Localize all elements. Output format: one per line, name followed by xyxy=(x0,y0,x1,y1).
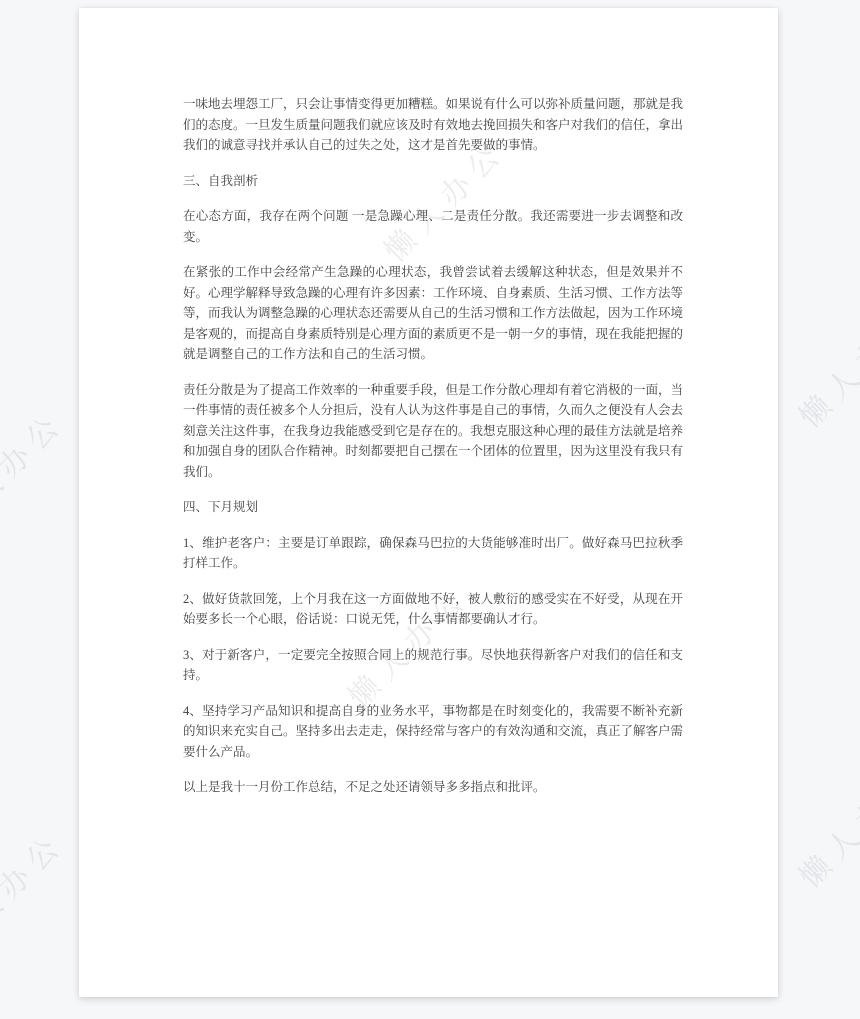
document-page: 一味地去埋怨工厂，只会让事情变得更加糟糕。如果说有什么可以弥补质量问题，那就是我… xyxy=(79,8,778,997)
watermark-text: 懒人办公 xyxy=(787,294,860,435)
document-paragraph: 在紧张的工作中会经常产生急躁的心理状态，我曾尝试着去缓解这种状态，但是效果并不好… xyxy=(183,262,683,365)
document-paragraph: 在心态方面，我存在两个问题 一是急躁心理、二是责任分散。我还需要进一步去调整和改… xyxy=(183,206,683,247)
document-paragraph: 3、对于新客户，一定要完全按照合同上的规范行事。尽快地获得新客户对我们的信任和支… xyxy=(183,645,683,686)
document-body: 一味地去埋怨工厂，只会让事情变得更加糟糕。如果说有什么可以弥补质量问题，那就是我… xyxy=(183,94,683,798)
watermark-text: 懒人办公 xyxy=(0,820,73,961)
document-paragraph: 2、做好货款回笼，上个月我在这一方面做地不好，被人敷衍的感受实在不好受，从现在开… xyxy=(183,589,683,630)
watermark-text: 懒人办公 xyxy=(0,399,73,540)
document-paragraph: 责任分散是为了提高工作效率的一种重要手段，但是工作分散心理却有着它消极的一面，当… xyxy=(183,380,683,483)
document-paragraph: 一味地去埋怨工厂，只会让事情变得更加糟糕。如果说有什么可以弥补质量问题，那就是我… xyxy=(183,94,683,156)
document-paragraph: 1、维护老客户：主要是订单跟踪，确保森马巴拉的大货能够准时出厂。做好森马巴拉秋季… xyxy=(183,533,683,574)
section-heading: 三、自我剖析 xyxy=(183,171,683,192)
document-paragraph: 以上是我十一月份工作总结，不足之处还请领导多多指点和批评。 xyxy=(183,777,683,798)
watermark-text: 懒人办公 xyxy=(787,754,860,895)
document-paragraph: 4、坚持学习产品知识和提高自身的业务水平，事物都是在时刻变化的，我需要不断补充新… xyxy=(183,701,683,763)
document-viewer-background: 一味地去埋怨工厂，只会让事情变得更加糟糕。如果说有什么可以弥补质量问题，那就是我… xyxy=(0,0,860,1019)
section-heading: 四、下月规划 xyxy=(183,497,683,518)
